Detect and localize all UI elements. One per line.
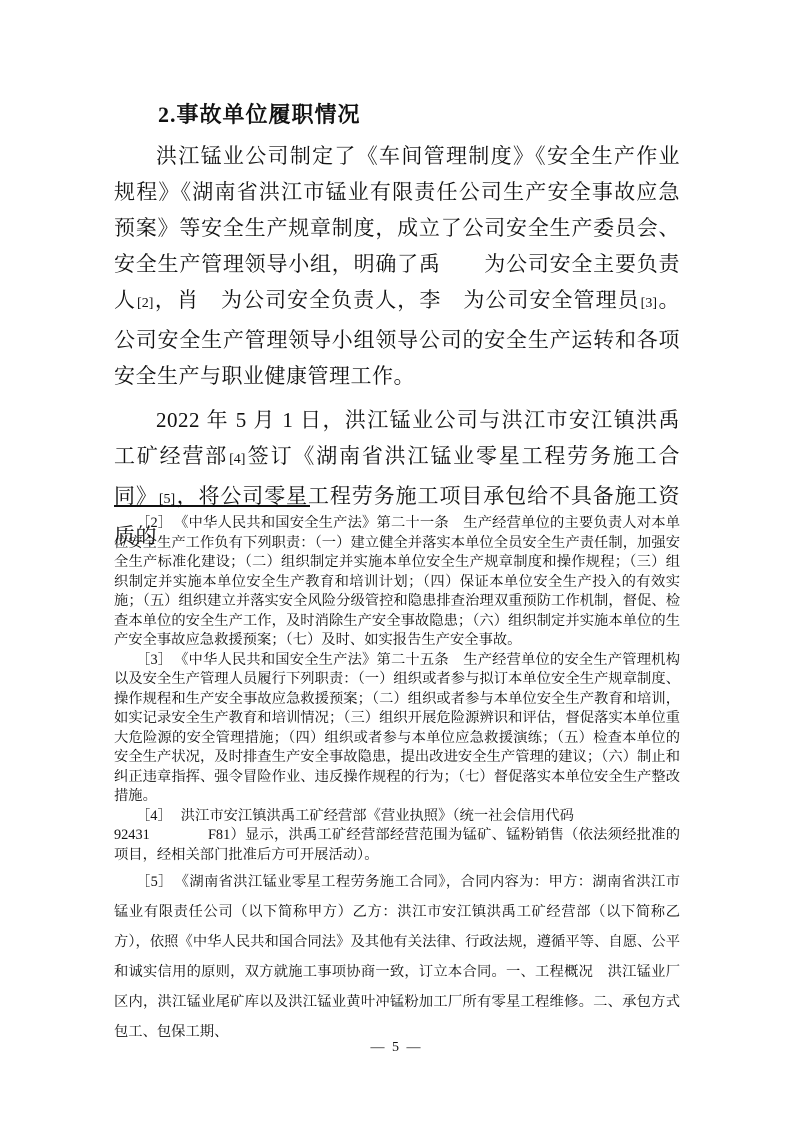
footnote-text: 洪江市安江镇洪禹工矿经营部《营业执照》（统一社会信用代码 [181, 808, 574, 824]
footnote-text: 《中华人民共和国安全生产法》第二十一条 生产经营单位的主要负责人对本单位安全生产… [114, 515, 680, 648]
footnote-marker: ［3］ [136, 652, 172, 668]
footnote-marker: ［4］ [136, 808, 172, 824]
page-number: — 5 — [0, 1040, 793, 1056]
body-paragraph: 洪江锰业公司制定了《车间管理制度》《安全生产作业规程》《湖南省洪江市锰业有限责任… [114, 138, 680, 394]
document-page: 2.事故单位履职情况 洪江锰业公司制定了《车间管理制度》《安全生产作业规程》《湖… [0, 0, 793, 1122]
footnote-text: 《中华人民共和国安全生产法》第二十五条 生产经营单位的安全生产管理机构以及安全生… [114, 652, 680, 805]
footnote-ref: [3] [640, 296, 658, 311]
body: 洪江锰业公司制定了《车间管理制度》《安全生产作业规程》《湖南省洪江市锰业有限责任… [114, 138, 680, 554]
body-text: ，肖 为公司安全负责人，李 为公司安全管理员 [154, 288, 639, 312]
section-heading: 2.事故单位履职情况 [114, 100, 680, 130]
footnote: ［3］《中华人民共和国安全生产法》第二十五条 生产经营单位的安全生产管理机构以及… [114, 651, 680, 807]
footnote: ［4］洪江市安江镇洪禹工矿经营部《营业执照》（统一社会信用代码92431 F81… [114, 807, 680, 866]
footnotes-section: ［2］《中华人民共和国安全生产法》第二十一条 生产经营单位的主要负责人对本单位安… [114, 505, 680, 1047]
footnote: ［2］《中华人民共和国安全生产法》第二十一条 生产经营单位的主要负责人对本单位安… [114, 514, 680, 651]
footnote-marker: ［2］ [136, 515, 172, 531]
footnote: ［5］《湖南省洪江锰业零星工程劳务施工合同》，合同内容为：甲方：湖南省洪江市锰业… [114, 867, 680, 1047]
document-content: 2.事故单位履职情况 洪江锰业公司制定了《车间管理制度》《安全生产作业规程》《湖… [114, 100, 680, 554]
footnotes-list: ［2］《中华人民共和国安全生产法》第二十一条 生产经营单位的主要负责人对本单位安… [114, 514, 680, 1047]
body-text: 洪江锰业公司制定了《车间管理制度》《安全生产作业规程》《湖南省洪江市锰业有限责任… [114, 144, 680, 312]
footnote-ref: [2] [136, 296, 154, 311]
footnote-separator [114, 505, 310, 507]
footnote-marker: ［5］ [136, 874, 173, 890]
footnote-text: 《湖南省洪江锰业零星工程劳务施工合同》，合同内容为：甲方：湖南省洪江市锰业有限责… [114, 874, 694, 1040]
footnote-ref: [4] [228, 452, 246, 467]
footnote-text: 92431 F81）显示，洪禹工矿经营部经营范围为锰矿、锰粉销售（依法须经批准的… [114, 827, 680, 863]
